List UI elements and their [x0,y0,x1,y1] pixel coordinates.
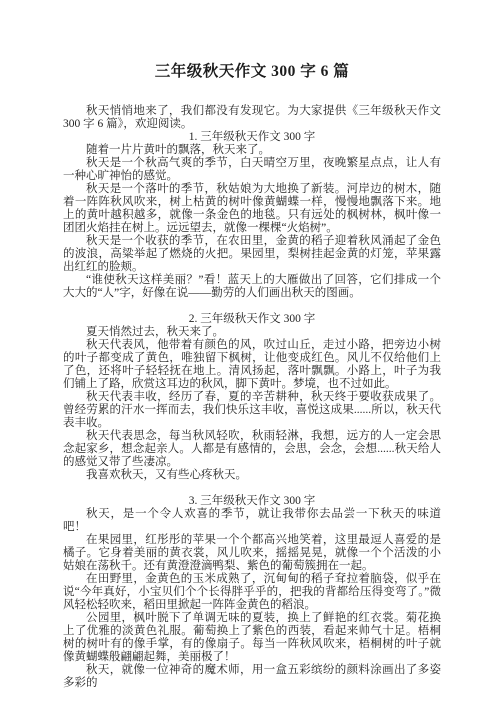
section-1-paragraph-2: 秋天是一个秋高气爽的季节，白天晴空万里，夜晚繁星点点，让人有一种心旷神怡的感觉。 [63,157,441,183]
section-2-paragraph-2: 秋天代表风，他带着有颜色的风，吹过山丘，走过小路，把旁边小树的叶子都变成了黄色，… [63,339,441,391]
document-content: 三年级秋天作文 300 字 6 篇 秋天悄悄地来了，我们都没有发现它。为大家提供… [0,0,500,690]
section-3-paragraph-1: 秋天，是一个令人欢喜的季节，就让我带你去品尝一下秋天的味道吧！ [63,508,441,534]
section-1-paragraph-3: 秋天是一个落叶的季节，秋姑娘为大地换了新装。河岸边的树木，随着一阵阵秋风吹来，树… [63,183,441,235]
section-2-paragraph-5: 我喜欢秋天，又有些心疼秋天。 [63,469,441,482]
section-3-paragraph-5: 秋天，就像一位神奇的魔术师，用一盒五彩缤纷的颜料涂画出了多姿多彩的 [63,664,441,690]
section-3-paragraph-4: 公园里，枫叶脱下了单调无味的夏装，换上了鲜艳的红衣裳。菊花换上了优雅的淡黄色礼服… [63,612,441,664]
section-3-paragraph-2: 在果园里，红彤彤的苹果一个个都高兴地笑着，这里最逗人喜爱的是橘子。它身着美丽的黄… [63,534,441,573]
section-3-paragraph-3: 在田野里，金黄色的玉米成熟了，沉甸甸的稻子耷拉着脑袋，似乎在说“今年真好，小宝贝… [63,573,441,612]
section-1-heading: 1. 三年级秋天作文 300 字 [63,131,441,144]
section-1-paragraph-4: 秋天是一个收获的季节，在农田里，金黄的稻子迎着秋风涌起了金色的波浪，高粱举起了燃… [63,235,441,274]
section-2-paragraph-4: 秋天代表思念，每当秋风轻吹，秋雨轻淋，我想，远方的人一定会思念起家乡，想念起亲人… [63,430,441,469]
document-title: 三年级秋天作文 300 字 6 篇 [63,62,441,82]
intro-paragraph: 秋天悄悄地来了，我们都没有发现它。为大家提供《三年级秋天作文 300 字 6 篇… [63,105,441,131]
document-page: 三年级秋天作文 300 字 6 篇 秋天悄悄地来了，我们都没有发现它。为大家提供… [0,0,500,708]
section-2-paragraph-1: 夏天悄然过去，秋天来了。 [63,326,441,339]
section-3-heading: 3. 三年级秋天作文 300 字 [63,495,441,508]
section-2-paragraph-3: 秋天代表丰收，经历了春，夏的辛苦耕种，秋天终于要收获成果了。曾经劳累的汗水一挥而… [63,391,441,430]
section-2-heading: 2. 三年级秋天作文 300 字 [63,313,441,326]
section-1-paragraph-5: “谁使秋天这样美丽？”看！蓝天上的大雁做出了回答，它们排成一个大大的“人”字，好… [63,274,441,300]
section-1-paragraph-1: 随着一片片黄叶的飘落，秋天来了。 [63,144,441,157]
